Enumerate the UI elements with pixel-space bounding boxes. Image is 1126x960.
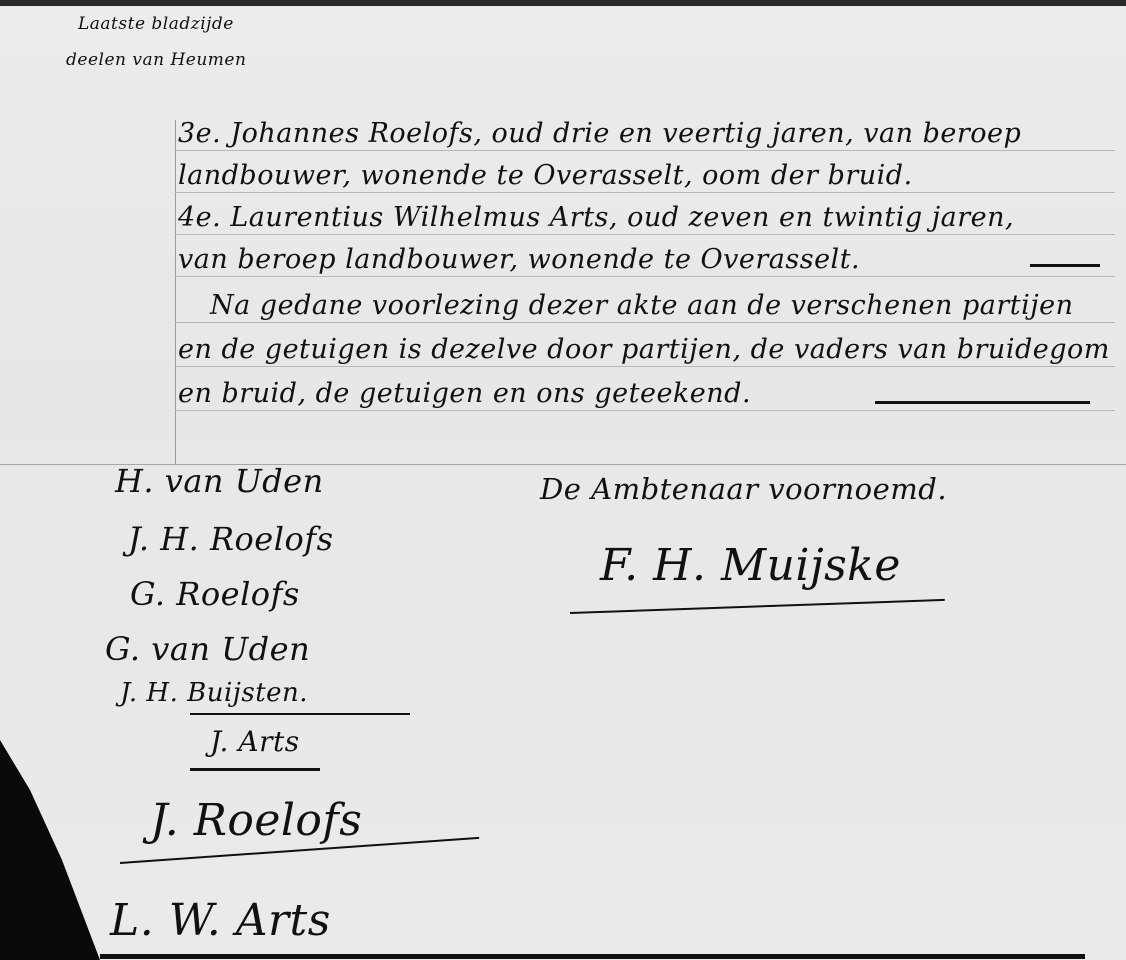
ruled-line — [175, 192, 1115, 193]
official-signature-flourish — [570, 599, 945, 614]
line-fill-dash — [1030, 264, 1100, 267]
body-line-4: van beroep landbouwer, wonende te Overas… — [178, 244, 860, 275]
margin-note-line1: Laatste bladzijde — [78, 14, 234, 34]
signature-1: H. van Uden — [115, 462, 324, 500]
scan-top-edge — [0, 0, 1126, 6]
ruled-line — [175, 150, 1115, 151]
margin-vertical-rule — [175, 120, 176, 465]
official-label: De Ambtenaar voornoemd. — [540, 472, 947, 506]
line-fill-dash — [875, 401, 1090, 404]
ruled-line — [175, 322, 1115, 323]
ruled-line — [175, 410, 1115, 411]
ruled-line — [175, 276, 1115, 277]
signature-underline — [190, 768, 320, 771]
signature-2: J. H. Roelofs — [128, 520, 334, 558]
bottom-rule — [100, 954, 1085, 959]
signature-8: L. W. Arts — [110, 895, 331, 946]
body-line-2: landbouwer, wonende te Overasselt, oom d… — [178, 160, 913, 191]
signature-6: J. Arts — [210, 725, 300, 758]
ruled-line — [175, 234, 1115, 235]
signature-3: G. Roelofs — [130, 575, 300, 613]
body-line-6: en de getuigen is dezelve door partijen,… — [178, 334, 1110, 365]
signature-7: J. Roelofs — [150, 795, 362, 846]
document-page: Laatste bladzijde deelen van Heumen 3e. … — [0, 0, 1126, 960]
signature-underline — [190, 713, 410, 715]
body-line-7: en bruid, de getuigen en ons geteekend. — [178, 378, 751, 409]
signature-4: G. van Uden — [105, 630, 310, 668]
body-line-5: Na gedane voorlezing dezer akte aan de v… — [210, 290, 1073, 321]
margin-note-line2: deelen van Heumen — [66, 50, 246, 70]
signature-5: J. H. Buijsten. — [120, 678, 308, 708]
official-signature: F. H. Muijske — [600, 540, 901, 591]
ruled-line — [175, 366, 1115, 367]
body-line-3: 4e. Laurentius Wilhelmus Arts, oud zeven… — [178, 202, 1014, 233]
body-line-1: 3e. Johannes Roelofs, oud drie en veerti… — [178, 118, 1021, 149]
